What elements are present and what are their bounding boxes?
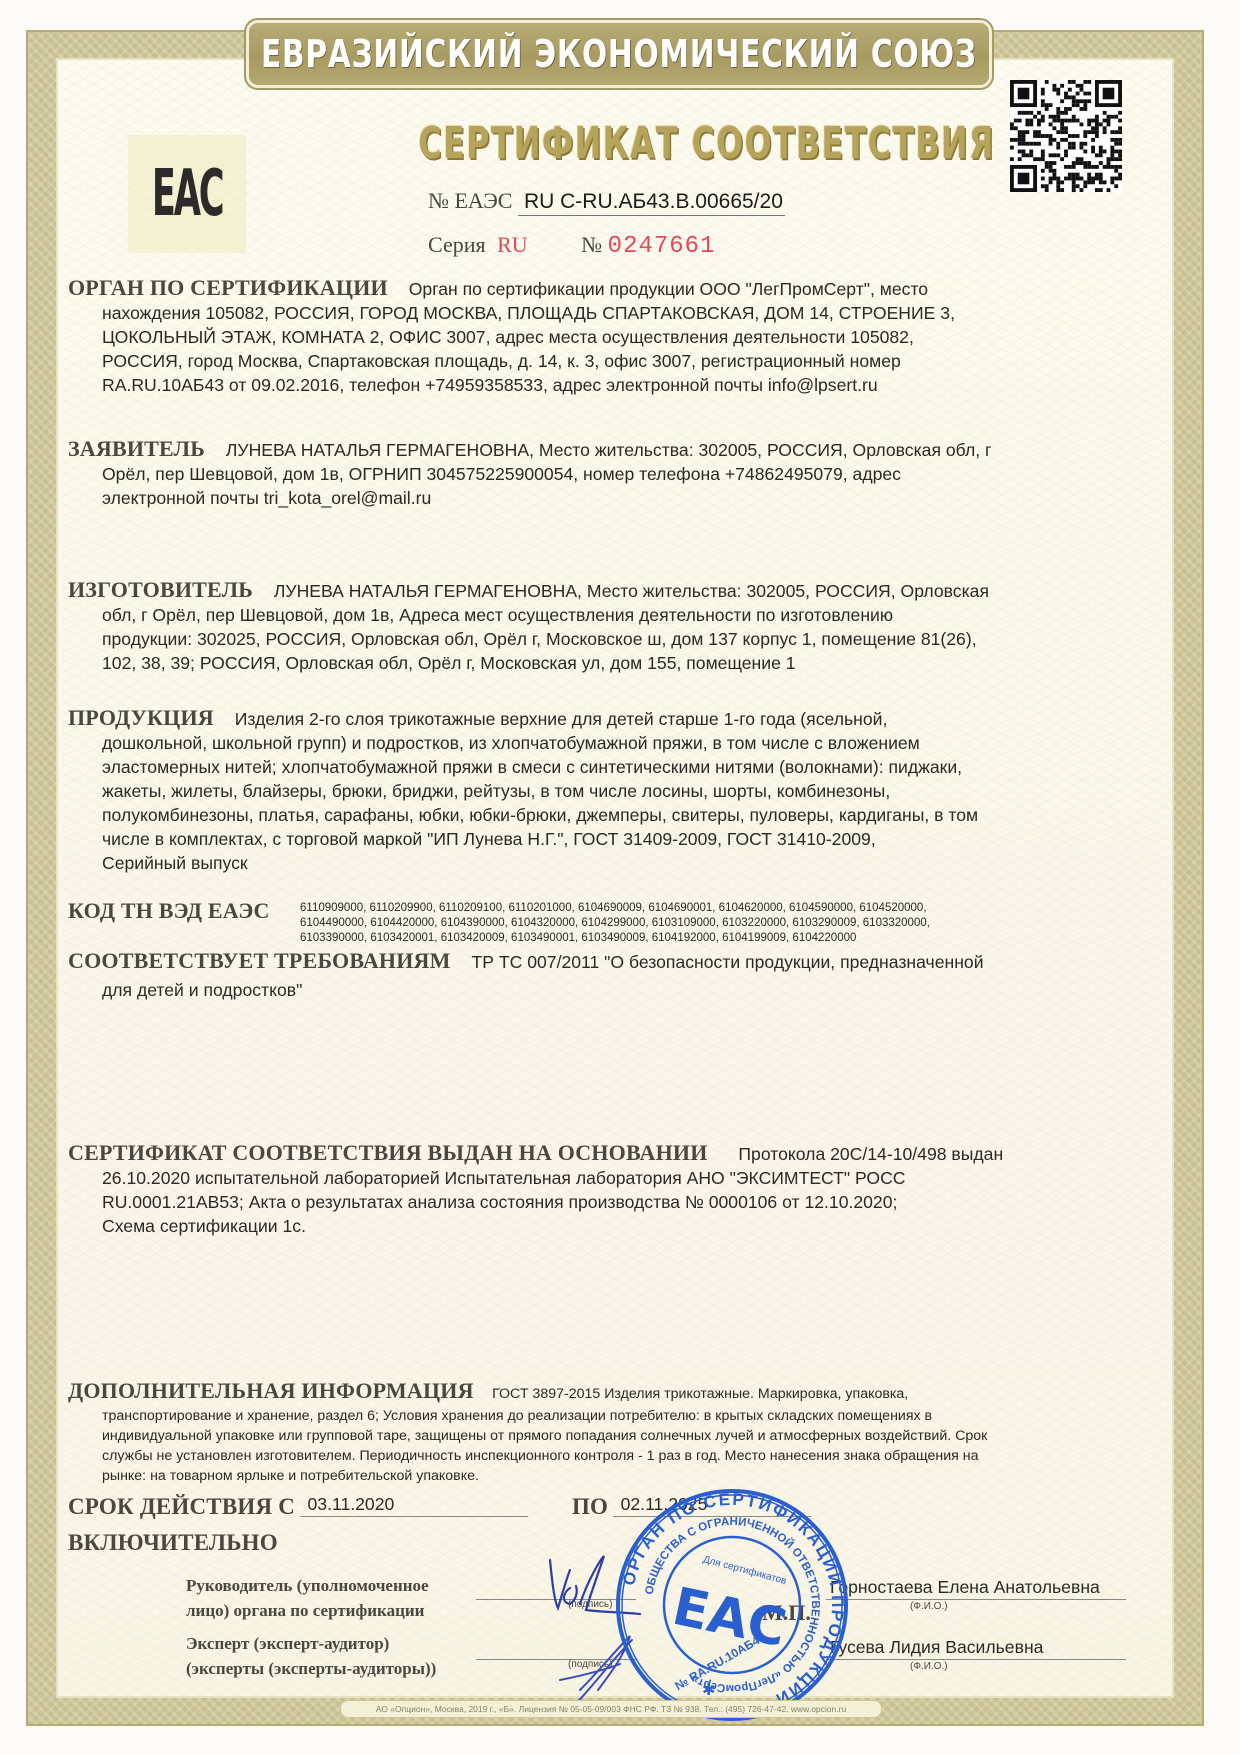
additional-info-label: ДОПОЛНИТЕЛЬНАЯ ИНФОРМАЦИЯ [68, 1378, 474, 1403]
eac-logo-text: ЕАС [152, 157, 223, 231]
products-line: эластомерных нитей; хлопчатобумажной пря… [68, 755, 1148, 779]
manufacturer-line: 102, 38, 39; РОССИЯ, Орловская обл, Орёл… [68, 651, 1148, 675]
issue-basis-line: Схема сертификации 1с. [68, 1214, 1148, 1238]
certification-body-line: ЦОКОЛЬНЫЙ ЭТАЖ, КОМНАТА 2, ОФИС 3007, ад… [68, 325, 1148, 349]
certification-body-line: Орган по сертификации продукции ООО "Лег… [409, 279, 928, 299]
eaes-number-row: № ЕАЭС RU C-RU.АБ43.В.00665/20 [428, 188, 785, 216]
head-name-caption: (Ф.И.О.) [910, 1601, 948, 1612]
issue-basis-line: 26.10.2020 испытательной лабораторией Ис… [68, 1166, 1148, 1190]
products-line: дошкольной, школьной групп) и подростков… [68, 731, 1148, 755]
manufacturer-line: обл, г Орёл, пер Шевцовой, дом 1в, Адрес… [68, 603, 1148, 627]
validity-from-date: 03.11.2020 [300, 1492, 528, 1517]
section-products: ПРОДУКЦИЯ Изделия 2-го слоя трикотажные … [68, 706, 1148, 875]
products-line: жакеты, жилеты, блайзеры, брюки, бриджи,… [68, 779, 1148, 803]
certification-stamp-icon: ОРГАН ПО СЕРТИФИКАЦИИ ПРОДУКЦИИ ОБЩЕСТВА… [612, 1485, 852, 1725]
section-applicant: ЗАЯВИТЕЛЬ ЛУНЕВА НАТАЛЬЯ ГЕРМАГЕНОВНА, М… [68, 437, 1148, 510]
certification-body-label: ОРГАН ПО СЕРТИФИКАЦИИ [68, 275, 388, 300]
certificate-title: СЕРТИФИКАТ СООТВЕТСТВИЯ [418, 118, 821, 169]
serial-number: 0247661 [608, 233, 716, 260]
series-row: Серия RU № 0247661 [428, 232, 716, 260]
union-title: ЕВРАЗИЙСКИЙ ЭКОНОМИЧЕСКИЙ СОЮЗ [261, 32, 977, 76]
additional-info-line: службы не установлен изготовителем. Пери… [102, 1446, 1148, 1466]
applicant-line: электронной почты tri_kota_orel@mail.ru [68, 486, 1148, 510]
applicant-label: ЗАЯВИТЕЛЬ [68, 436, 205, 461]
head-signer-name: Горностаева Елена Анатольевна [830, 1575, 1100, 1599]
certification-body-line: нахождения 105082, РОССИЯ, ГОРОД МОСКВА,… [68, 301, 1148, 325]
requirements-line: для детей и подростков" [68, 978, 1148, 1002]
svg-text:✱: ✱ [702, 1682, 715, 1699]
union-title-banner: ЕВРАЗИЙСКИЙ ЭКОНОМИЧЕСКИЙ СОЮЗ [246, 20, 992, 88]
validity-to-label: ПО [572, 1494, 608, 1519]
issue-basis-line: Протокола 20С/14-10/498 выдан [738, 1144, 1003, 1164]
products-line: Изделия 2-го слоя трикотажные верхние дл… [235, 709, 888, 729]
tn-ved-label: КОД ТН ВЭД ЕАЭС [68, 898, 270, 924]
serial-label: № [581, 232, 602, 257]
requirements-line: ТР ТС 007/2011 "О безопасности продукции… [472, 952, 984, 972]
eaes-number: RU C-RU.АБ43.В.00665/20 [518, 190, 785, 216]
manufacturer-label: ИЗГОТОВИТЕЛЬ [68, 577, 253, 602]
stamp-eac-logo: ЕАС [667, 1577, 791, 1659]
requirements-label: СООТВЕТСТВУЕТ ТРЕБОВАНИЯМ [68, 948, 451, 973]
products-label: ПРОДУКЦИЯ [68, 705, 214, 730]
tn-ved-codes-line: 6104490000, 6104420000, 6104390000, 6104… [300, 916, 930, 931]
stamp-center-text: Для сертификатов [702, 1553, 788, 1587]
additional-info-line: индивидуальной упаковке или групповой та… [102, 1426, 1148, 1446]
section-manufacturer: ИЗГОТОВИТЕЛЬ ЛУНЕВА НАТАЛЬЯ ГЕРМАГЕНОВНА… [68, 578, 1148, 675]
certification-body-line: RA.RU.10АБ43 от 09.02.2016, телефон +749… [68, 373, 1148, 397]
section-additional-info: ДОПОЛНИТЕЛЬНАЯ ИНФОРМАЦИЯ ГОСТ 3897-2015… [68, 1378, 1148, 1486]
section-certification-body: ОРГАН ПО СЕРТИФИКАЦИИ Орган по сертифика… [68, 276, 1148, 397]
eac-logo: ЕАС [128, 135, 246, 253]
products-line: Серийный выпуск [68, 851, 1148, 875]
tn-ved-codes-line: 6110909000, 6110209900, 6110209100, 6110… [300, 901, 930, 916]
issue-basis-line: RU.0001.21АВ53; Акта о результатах анали… [68, 1190, 1148, 1214]
eaes-number-label: № ЕАЭС [428, 188, 512, 213]
manufacturer-line: продукции: 302025, РОССИЯ, Орловская обл… [68, 627, 1148, 651]
products-line: числе в комплектах, с торговой маркой "И… [68, 827, 1148, 851]
applicant-line: ЛУНЕВА НАТАЛЬЯ ГЕРМАГЕНОВНА, Место жител… [226, 440, 992, 460]
additional-info-line: рынке: на товарном ярлыке и потребительс… [102, 1466, 1148, 1486]
tn-ved-codes-line: 6103390000, 6103420001, 6103420009, 6103… [300, 931, 930, 946]
series-value: RU [497, 232, 528, 257]
expert-name-caption: (Ф.И.О.) [910, 1661, 948, 1672]
applicant-line: Орёл, пер Шевцовой, дом 1в, ОГРНИП 30457… [68, 462, 1148, 486]
expert-signer-name: Гусева Лидия Васильевна [830, 1635, 1043, 1659]
series-label: Серия [428, 232, 486, 257]
validity-from-label: СРОК ДЕЙСТВИЯ С [68, 1494, 295, 1519]
qr-code-icon [1010, 80, 1122, 192]
certification-body-line: РОССИЯ, город Москва, Спартаковская площ… [68, 349, 1148, 373]
section-requirements: СООТВЕТСТВУЕТ ТРЕБОВАНИЯМ ТР ТС 007/2011… [68, 949, 1148, 1002]
products-line: полукомбинезоны, платья, сарафаны, юбки,… [68, 803, 1148, 827]
printer-footer: АО «Опцион», Москва, 2019 г., «Б». Лицен… [340, 1700, 882, 1718]
additional-info-line: ГОСТ 3897-2015 Изделия трикотажные. Марк… [492, 1386, 908, 1402]
manufacturer-line: ЛУНЕВА НАТАЛЬЯ ГЕРМАГЕНОВНА, Место жител… [274, 581, 989, 601]
issue-basis-label: СЕРТИФИКАТ СООТВЕТСТВИЯ ВЫДАН НА ОСНОВАН… [68, 1140, 708, 1165]
additional-info-line: транспортирование и хранение, раздел 6; … [102, 1406, 1148, 1426]
section-issue-basis: СЕРТИФИКАТ СООТВЕТСТВИЯ ВЫДАН НА ОСНОВАН… [68, 1141, 1148, 1238]
